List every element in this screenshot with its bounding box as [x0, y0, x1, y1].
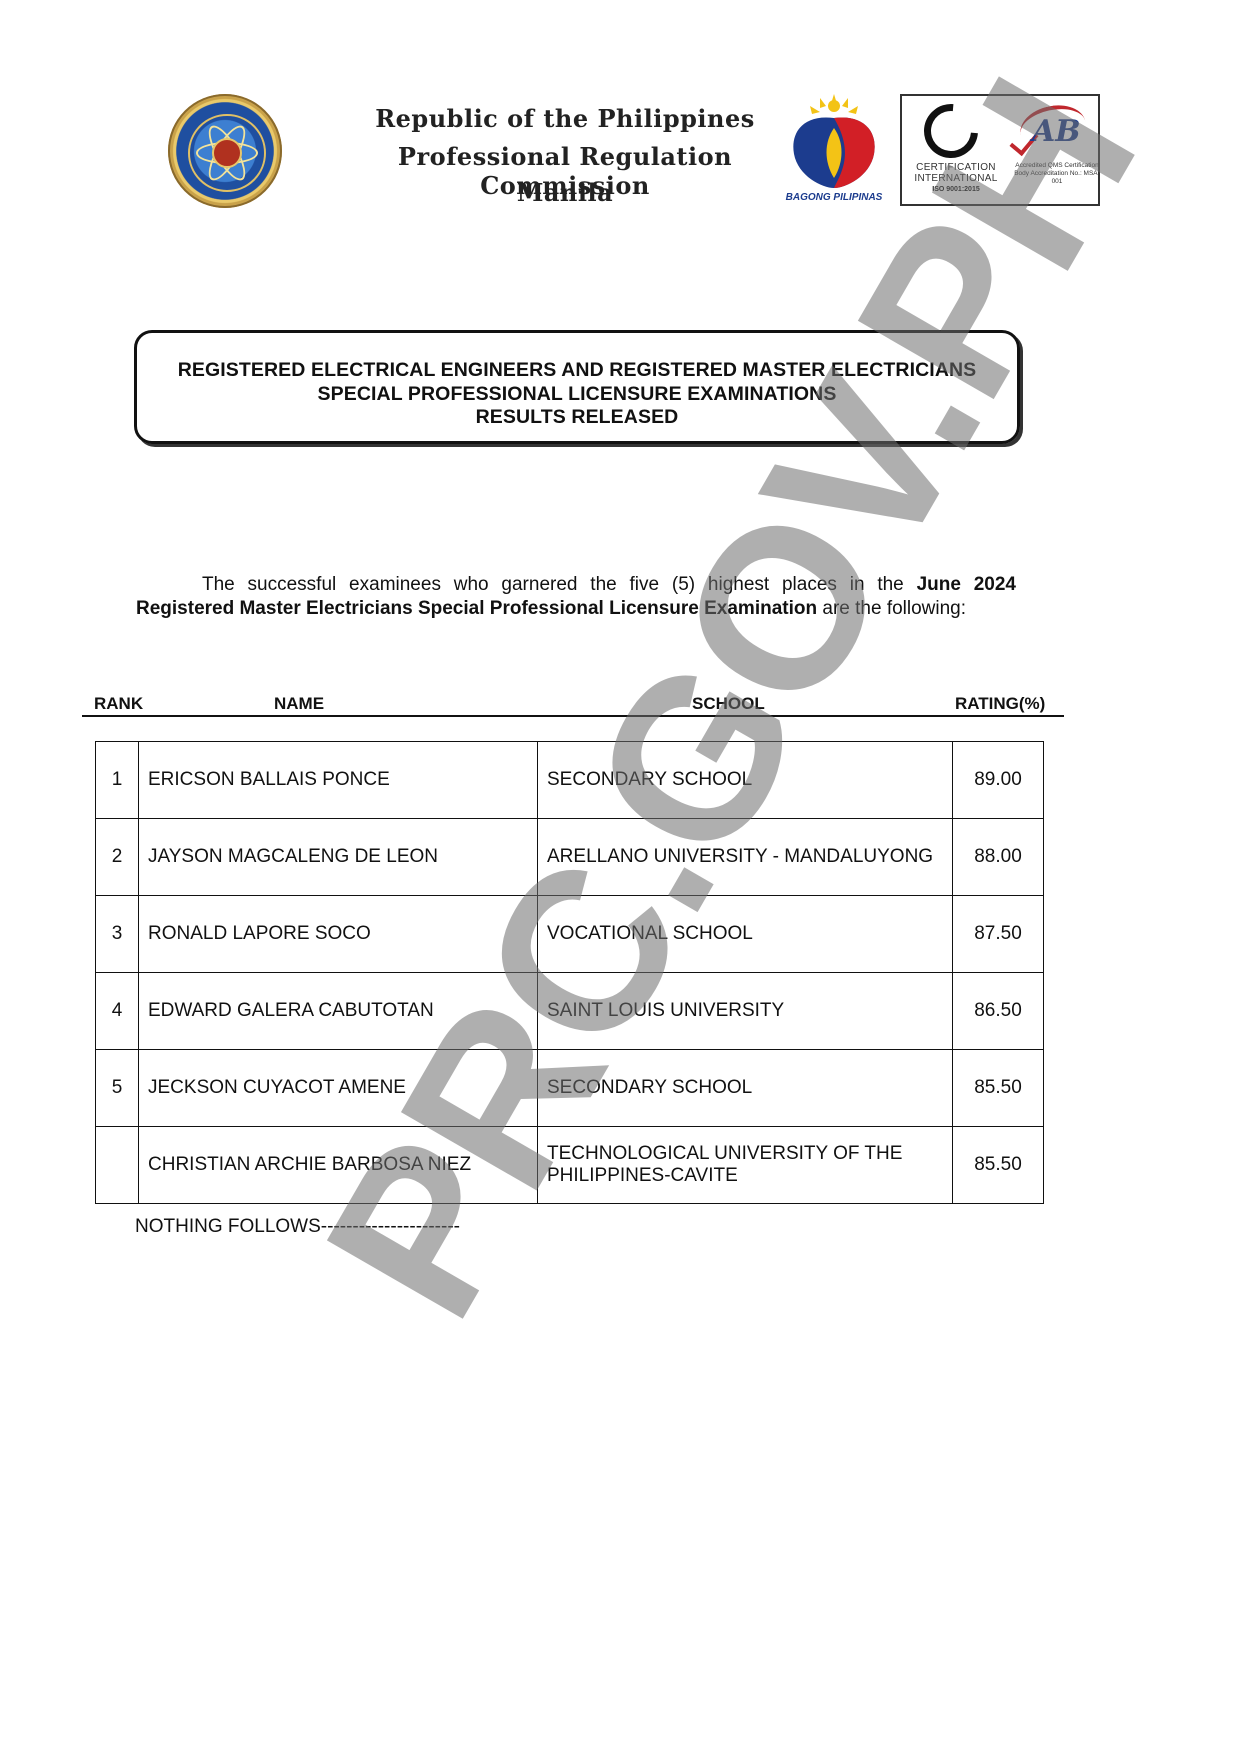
nothing-follows-note: NOTHING FOLLOWS---------------------- — [135, 1216, 460, 1238]
table-row: 2JAYSON MAGCALENG DE LEONARELLANO UNIVER… — [96, 819, 1044, 896]
rating-cell: 88.00 — [953, 819, 1044, 896]
rating-cell: 85.50 — [953, 1050, 1044, 1127]
school-cell: VOCATIONAL SCHOOL — [538, 896, 953, 973]
header-republic: Republic of the Philippines — [340, 104, 790, 133]
header-city: Manila — [340, 178, 790, 207]
certification-line2: INTERNATIONAL — [914, 173, 997, 184]
rank-cell: 5 — [96, 1050, 139, 1127]
table-row: CHRISTIAN ARCHIE BARBOSA NIEZTECHNOLOGIC… — [96, 1127, 1044, 1204]
bagong-pilipinas-label: BAGONG PILIPINAS — [776, 192, 892, 203]
name-cell: ERICSON BALLAIS PONCE — [139, 742, 538, 819]
column-header-school: SCHOOL — [692, 694, 765, 714]
school-cell: SECONDARY SCHOOL — [538, 1050, 953, 1127]
certification-badge: CERTIFICATION INTERNATIONAL ISO 9001:201… — [900, 94, 1100, 206]
rank-cell: 4 — [96, 973, 139, 1050]
rank-cell: 3 — [96, 896, 139, 973]
table-row: 5JECKSON CUYACOT AMENESECONDARY SCHOOL85… — [96, 1050, 1044, 1127]
results-title-box: REGISTERED ELECTRICAL ENGINEERS AND REGI… — [134, 330, 1020, 444]
name-cell: EDWARD GALERA CABUTOTAN — [139, 973, 538, 1050]
name-cell: JECKSON CUYACOT AMENE — [139, 1050, 538, 1127]
name-cell: JAYSON MAGCALENG DE LEON — [139, 819, 538, 896]
prc-seal-logo — [168, 94, 282, 208]
iso-label: ISO 9001:2015 — [906, 186, 1006, 193]
table-row: 4EDWARD GALERA CABUTOTANSAINT LOUIS UNIV… — [96, 973, 1044, 1050]
intro-text-end: are the following: — [822, 598, 966, 619]
name-cell: RONALD LAPORE SOCO — [139, 896, 538, 973]
name-cell: CHRISTIAN ARCHIE BARBOSA NIEZ — [139, 1127, 538, 1204]
school-cell: SECONDARY SCHOOL — [538, 742, 953, 819]
header-divider — [82, 715, 1064, 717]
certification-line1: CERTIFICATION — [916, 162, 996, 173]
certification-ring-icon — [913, 93, 989, 169]
rating-cell: 86.50 — [953, 973, 1044, 1050]
table-row: 1ERICSON BALLAIS PONCESECONDARY SCHOOL89… — [96, 742, 1044, 819]
rank-cell: 1 — [96, 742, 139, 819]
intro-text-start: The successful examinees who garnered th… — [202, 574, 904, 595]
table-row: 3RONALD LAPORE SOCOVOCATIONAL SCHOOL87.5… — [96, 896, 1044, 973]
school-cell: SAINT LOUIS UNIVERSITY — [538, 973, 953, 1050]
intro-paragraph: The successful examinees who garnered th… — [136, 573, 1016, 621]
rank-cell: 2 — [96, 819, 139, 896]
title-line-3: RESULTS RELEASED — [137, 406, 1017, 429]
jab-accreditation-text: Accredited QMS Certification Body Accred… — [1014, 162, 1100, 186]
school-cell: ARELLANO UNIVERSITY - MANDALUYONG — [538, 819, 953, 896]
title-line-2: SPECIAL PROFESSIONAL LICENSURE EXAMINATI… — [137, 383, 1017, 406]
rating-cell: 89.00 — [953, 742, 1044, 819]
seal-core — [212, 138, 242, 168]
bagong-pilipinas-logo — [784, 92, 884, 202]
school-cell: TECHNOLOGICAL UNIVERSITY OF THE PHILIPPI… — [538, 1127, 953, 1204]
rank-cell — [96, 1127, 139, 1204]
results-table: 1ERICSON BALLAIS PONCESECONDARY SCHOOL89… — [95, 741, 1044, 1204]
column-header-rating: RATING(%) — [955, 694, 1045, 714]
title-line-1: REGISTERED ELECTRICAL ENGINEERS AND REGI… — [137, 359, 1017, 382]
rating-cell: 87.50 — [953, 896, 1044, 973]
column-header-name: NAME — [274, 694, 324, 714]
column-header-rank: RANK — [94, 694, 143, 714]
rating-cell: 85.50 — [953, 1127, 1044, 1204]
jab-mark: AB — [1032, 114, 1081, 149]
certification-text: CERTIFICATION INTERNATIONAL — [906, 162, 1006, 184]
